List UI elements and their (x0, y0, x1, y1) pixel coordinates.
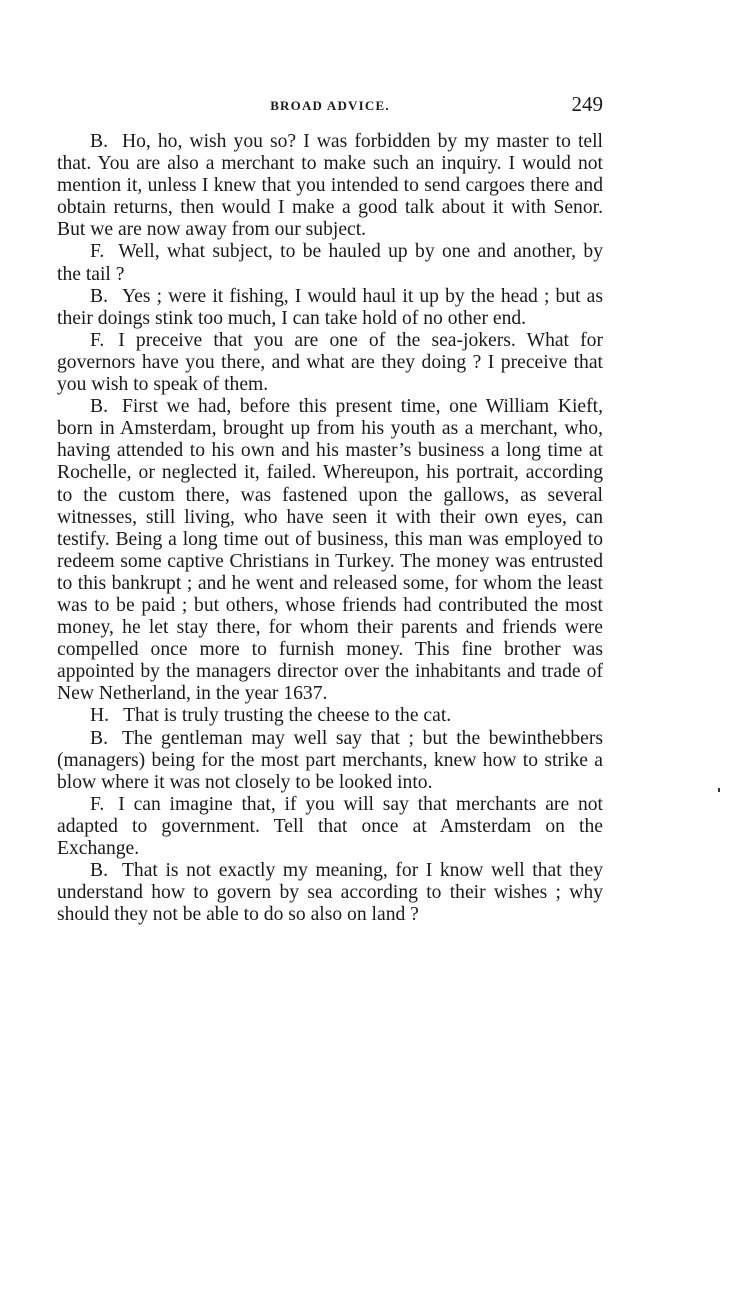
speaker-label: F. (90, 241, 104, 262)
running-head: BROAD ADVICE. 249 (57, 92, 603, 122)
speaker-label: B. (90, 131, 108, 152)
paragraph-text: I can imagine that, if you will say that… (57, 794, 603, 859)
speaker-label: B. (90, 860, 108, 881)
paragraph-text: Yes ; were it fishing, I would haul it u… (57, 286, 603, 329)
speaker-label: B. (90, 396, 108, 417)
paragraph-text: I preceive that you are one of the sea-j… (57, 330, 603, 395)
page-number: 249 (572, 92, 604, 117)
speaker-label: F. (90, 330, 104, 351)
paragraph: H.That is truly trusting the cheese to t… (57, 705, 603, 727)
paragraph: F.Well, what subject, to be hauled up by… (57, 241, 603, 285)
body-text: B.Ho, ho, wish you so? I was forbidden b… (57, 131, 603, 926)
paragraph: B.First we had, before this present time… (57, 396, 603, 705)
paragraph: B.That is not exactly my meaning, for I … (57, 860, 603, 926)
paragraph-text: That is truly trusting the cheese to the… (123, 705, 451, 726)
running-title: BROAD ADVICE. (57, 98, 603, 114)
paragraph-text: First we had, before this present time, … (57, 396, 603, 704)
paragraph: F.I can imagine that, if you will say th… (57, 794, 603, 860)
speaker-label: F. (90, 794, 104, 815)
paragraph-text: Well, what subject, to be hauled up by o… (57, 241, 603, 284)
paragraph: B.Ho, ho, wish you so? I was forbidden b… (57, 131, 603, 241)
paragraph: F.I preceive that you are one of the sea… (57, 330, 603, 396)
speaker-label: B. (90, 286, 108, 307)
paragraph: B.Yes ; were it fishing, I would haul it… (57, 286, 603, 330)
paragraph: B.The gentleman may well say that ; but … (57, 728, 603, 794)
paragraph-text: Ho, ho, wish you so? I was forbidden by … (57, 131, 603, 240)
paragraph-text: That is not exactly my meaning, for I kn… (57, 860, 603, 925)
scan-speck (718, 788, 720, 792)
paragraph-text: The gentleman may well say that ; but th… (57, 728, 603, 793)
book-page: BROAD ADVICE. 249 B.Ho, ho, wish you so?… (57, 92, 603, 926)
speaker-label: H. (90, 705, 109, 726)
speaker-label: B. (90, 728, 108, 749)
